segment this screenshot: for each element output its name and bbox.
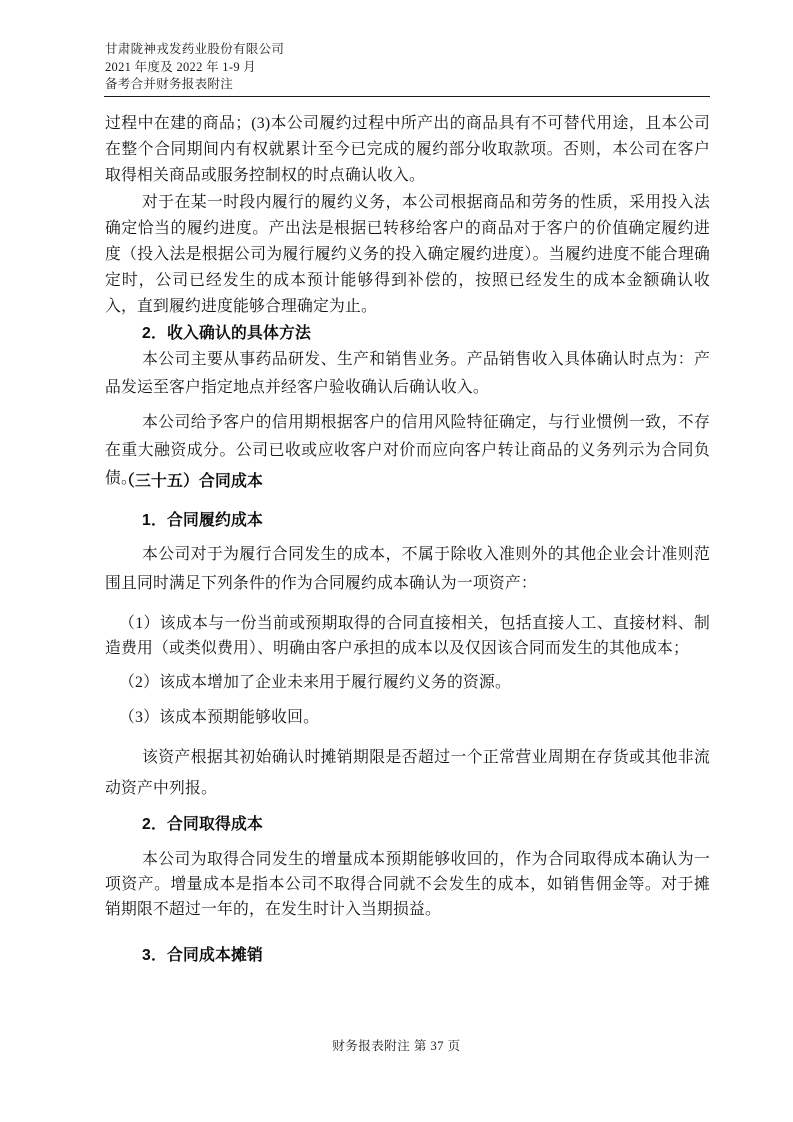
header-company-name: 甘肃陇神戎发药业股份有限公司	[105, 41, 710, 59]
subsection-heading-performance-cost: 1．合同履约成本	[105, 510, 710, 532]
paragraph: 本公司对于为履行合同发生的成本，不属于除收入准则外的其他企业会计准则范围且同时满…	[105, 540, 710, 598]
subsection-heading-acquisition-cost: 2．合同取得成本	[105, 814, 710, 836]
header-divider-line	[104, 96, 710, 97]
subsection-heading-cost-amortization: 3．合同成本摊销	[105, 945, 710, 967]
footer-page-label: 财务报表附注 第 37 页	[332, 1039, 460, 1053]
paragraph: 本公司主要从事药品研发、生产和销售业务。产品销售收入具体确认时点为：产品发运至客…	[105, 346, 710, 402]
document-page: 甘肃陇神戎发药业股份有限公司 2021 年度及 2022 年 1-9 月 备考合…	[0, 0, 793, 1122]
paragraph: 对于在某一时段内履行的履约义务，本公司根据商品和劳务的性质，采用投入法确定恰当的…	[105, 190, 710, 320]
paragraph: 本公司为取得合同发生的增量成本预期能够收回的，作为合同取得成本确认为一项资产。增…	[105, 847, 710, 922]
section-heading-contract-cost: （三十五）合同成本	[105, 471, 710, 493]
section-heading-revenue-method: 2．收入确认的具体方法	[105, 323, 710, 345]
header-doc-title: 备考合并财务报表附注	[105, 76, 710, 94]
list-item-1: （1）该成本与一份当前或预期取得的合同直接相关，包括直接人工、直接材料、制造费用…	[105, 611, 710, 661]
paragraph-continuation: 过程中在建的商品；(3)本公司履约过程中所产出的商品具有不可替代用途，且本公司在…	[105, 111, 710, 189]
paragraph: 该资产根据其初始确认时摊销期限是否超过一个正常营业周期在存货或其他非流动资产中列…	[105, 742, 710, 804]
page-footer: 财务报表附注 第 37 页	[0, 1037, 793, 1055]
page-header: 甘肃陇神戎发药业股份有限公司 2021 年度及 2022 年 1-9 月 备考合…	[105, 41, 710, 94]
list-item-2: （2）该成本增加了企业未来用于履行履约义务的资源。	[105, 670, 710, 695]
header-report-period: 2021 年度及 2022 年 1-9 月	[105, 59, 710, 77]
list-item-3: （3）该成本预期能够收回。	[105, 705, 710, 730]
